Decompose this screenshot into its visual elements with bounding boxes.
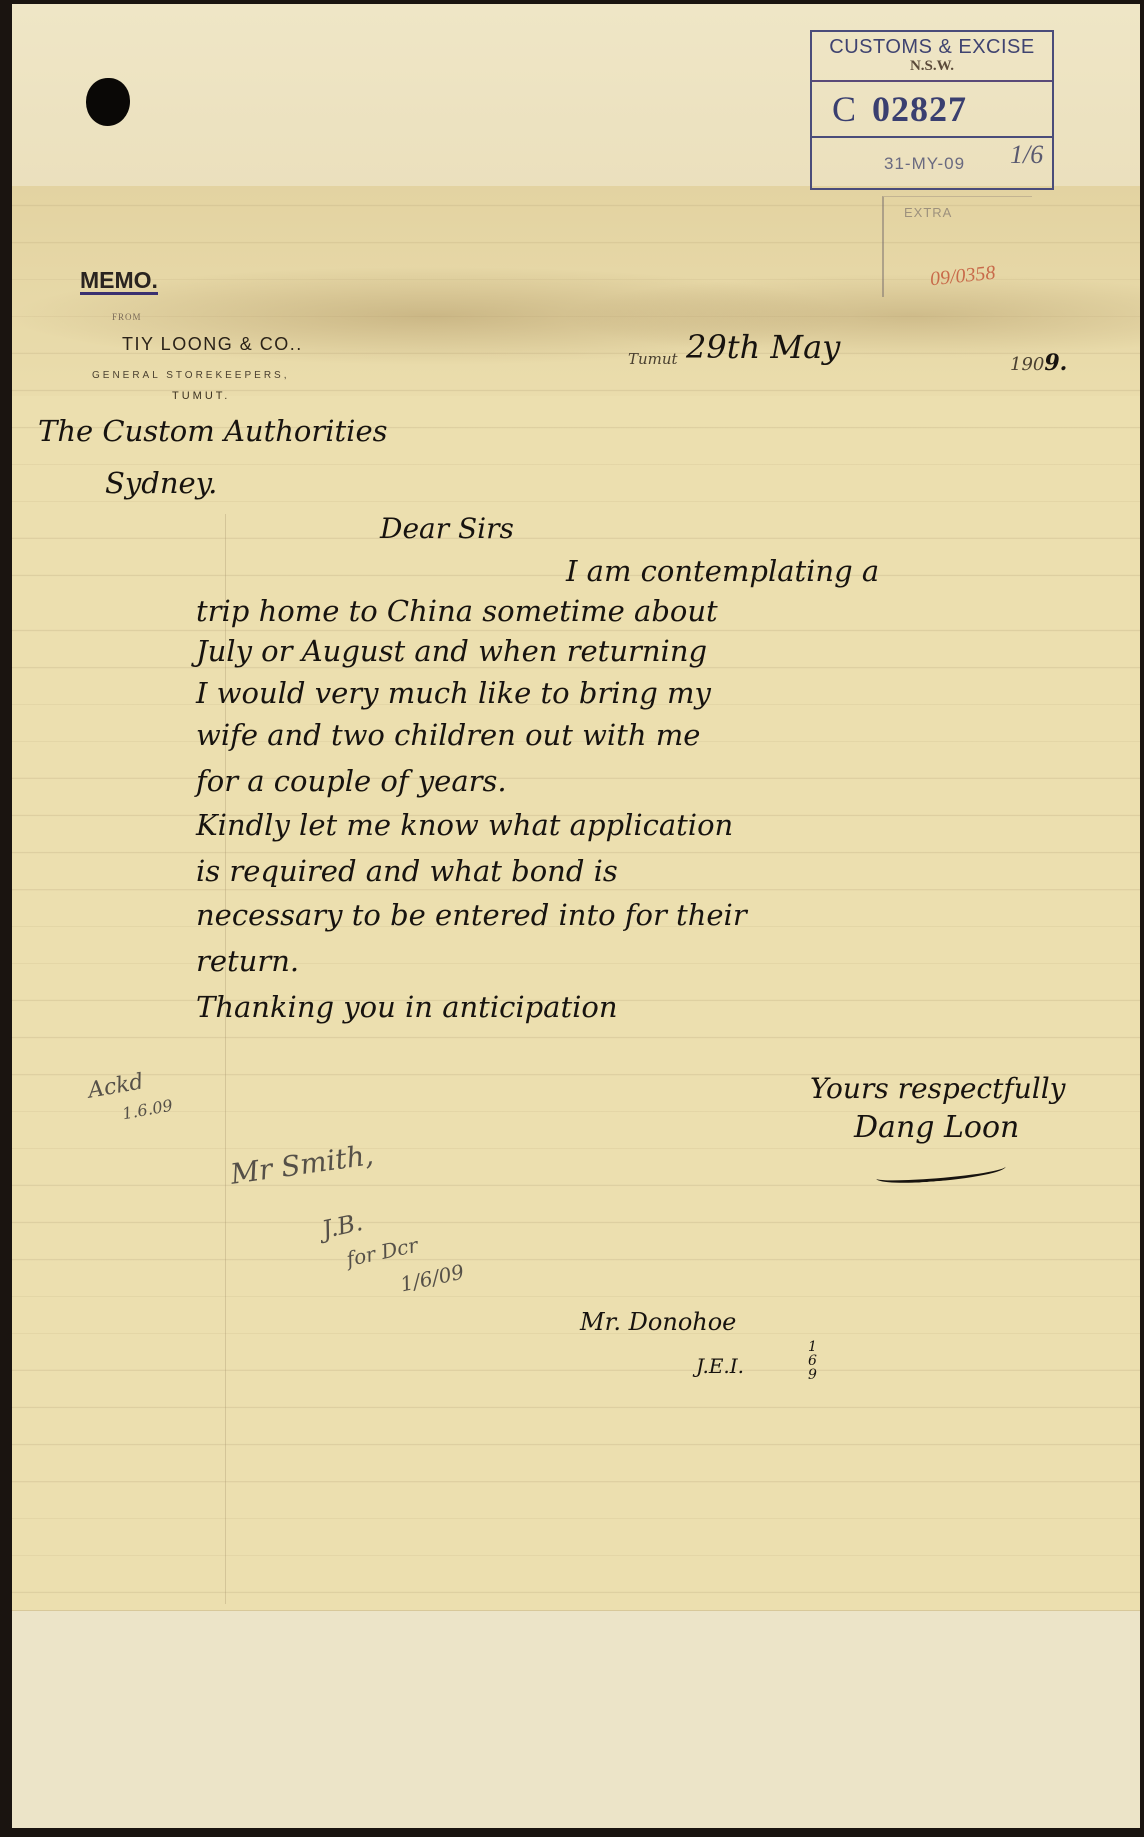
secondary-stamp-reference: 09/0358 <box>929 262 997 292</box>
body-line: is required and what bond is <box>196 854 618 888</box>
forward-date-day: 1 <box>808 1340 817 1354</box>
addressee-line-2: Sydney. <box>105 466 217 500</box>
body-line: trip home to China sometime about <box>196 594 718 628</box>
body-line: return. <box>196 944 299 978</box>
forward-to-note: Mr. Donohoe <box>580 1308 736 1336</box>
stamp-title: CUSTOMS & EXCISE <box>812 32 1052 58</box>
company-town: TUMUT. <box>172 390 230 402</box>
stamp-subtitle: N.S.W. <box>812 58 1052 74</box>
from-label: FROM <box>112 312 142 322</box>
dateline-day: 29th May <box>686 328 840 366</box>
punch-hole-icon <box>86 78 130 126</box>
signature: Dang Loon <box>854 1110 1019 1145</box>
secondary-stamp: EXTRA 09/0358 <box>882 196 1032 297</box>
memo-heading: MEMO. <box>80 268 158 295</box>
stamp-date: 31-MY-09 <box>884 154 965 174</box>
forward-initials: J.E.I. <box>696 1354 744 1378</box>
body-line: necessary to be entered into for their <box>196 898 747 932</box>
forward-date-year: 9 <box>808 1368 817 1382</box>
forward-date-month: 6 <box>808 1354 817 1368</box>
year-printed: 190 <box>1010 354 1044 375</box>
body-line: I am contemplating a <box>566 554 879 588</box>
stamp-series: C <box>832 89 856 129</box>
customs-stamp: CUSTOMS & EXCISE N.S.W. C02827 31-MY-09 … <box>810 30 1054 190</box>
dateline-year: 1909. <box>1010 350 1067 376</box>
body-line: Thanking you in anticipation <box>196 990 618 1024</box>
stamp-folio: 1/6 <box>1010 140 1043 170</box>
body-line: wife and two children out with me <box>196 718 700 752</box>
body-line: July or August and when returning <box>196 634 707 668</box>
bottom-margin <box>12 1610 1140 1828</box>
body-line: I would very much like to bring my <box>196 676 711 710</box>
addressee-line-1: The Custom Authorities <box>38 414 388 448</box>
dateline-place: Tumut <box>628 350 678 368</box>
body-line: Kindly let me know what application <box>196 808 733 842</box>
salutation: Dear Sirs <box>380 512 514 545</box>
company-trade: GENERAL STOREKEEPERS, <box>92 370 290 381</box>
closing: Yours respectfully <box>810 1072 1065 1105</box>
forward-date: 1 6 9 <box>808 1340 817 1382</box>
year-written: 9. <box>1044 350 1067 376</box>
body-line: for a couple of years. <box>196 764 507 798</box>
secondary-stamp-label: EXTRA <box>904 205 952 220</box>
stamp-number: 02827 <box>872 89 967 129</box>
company-name: TIY LOONG & CO.. <box>122 334 303 355</box>
